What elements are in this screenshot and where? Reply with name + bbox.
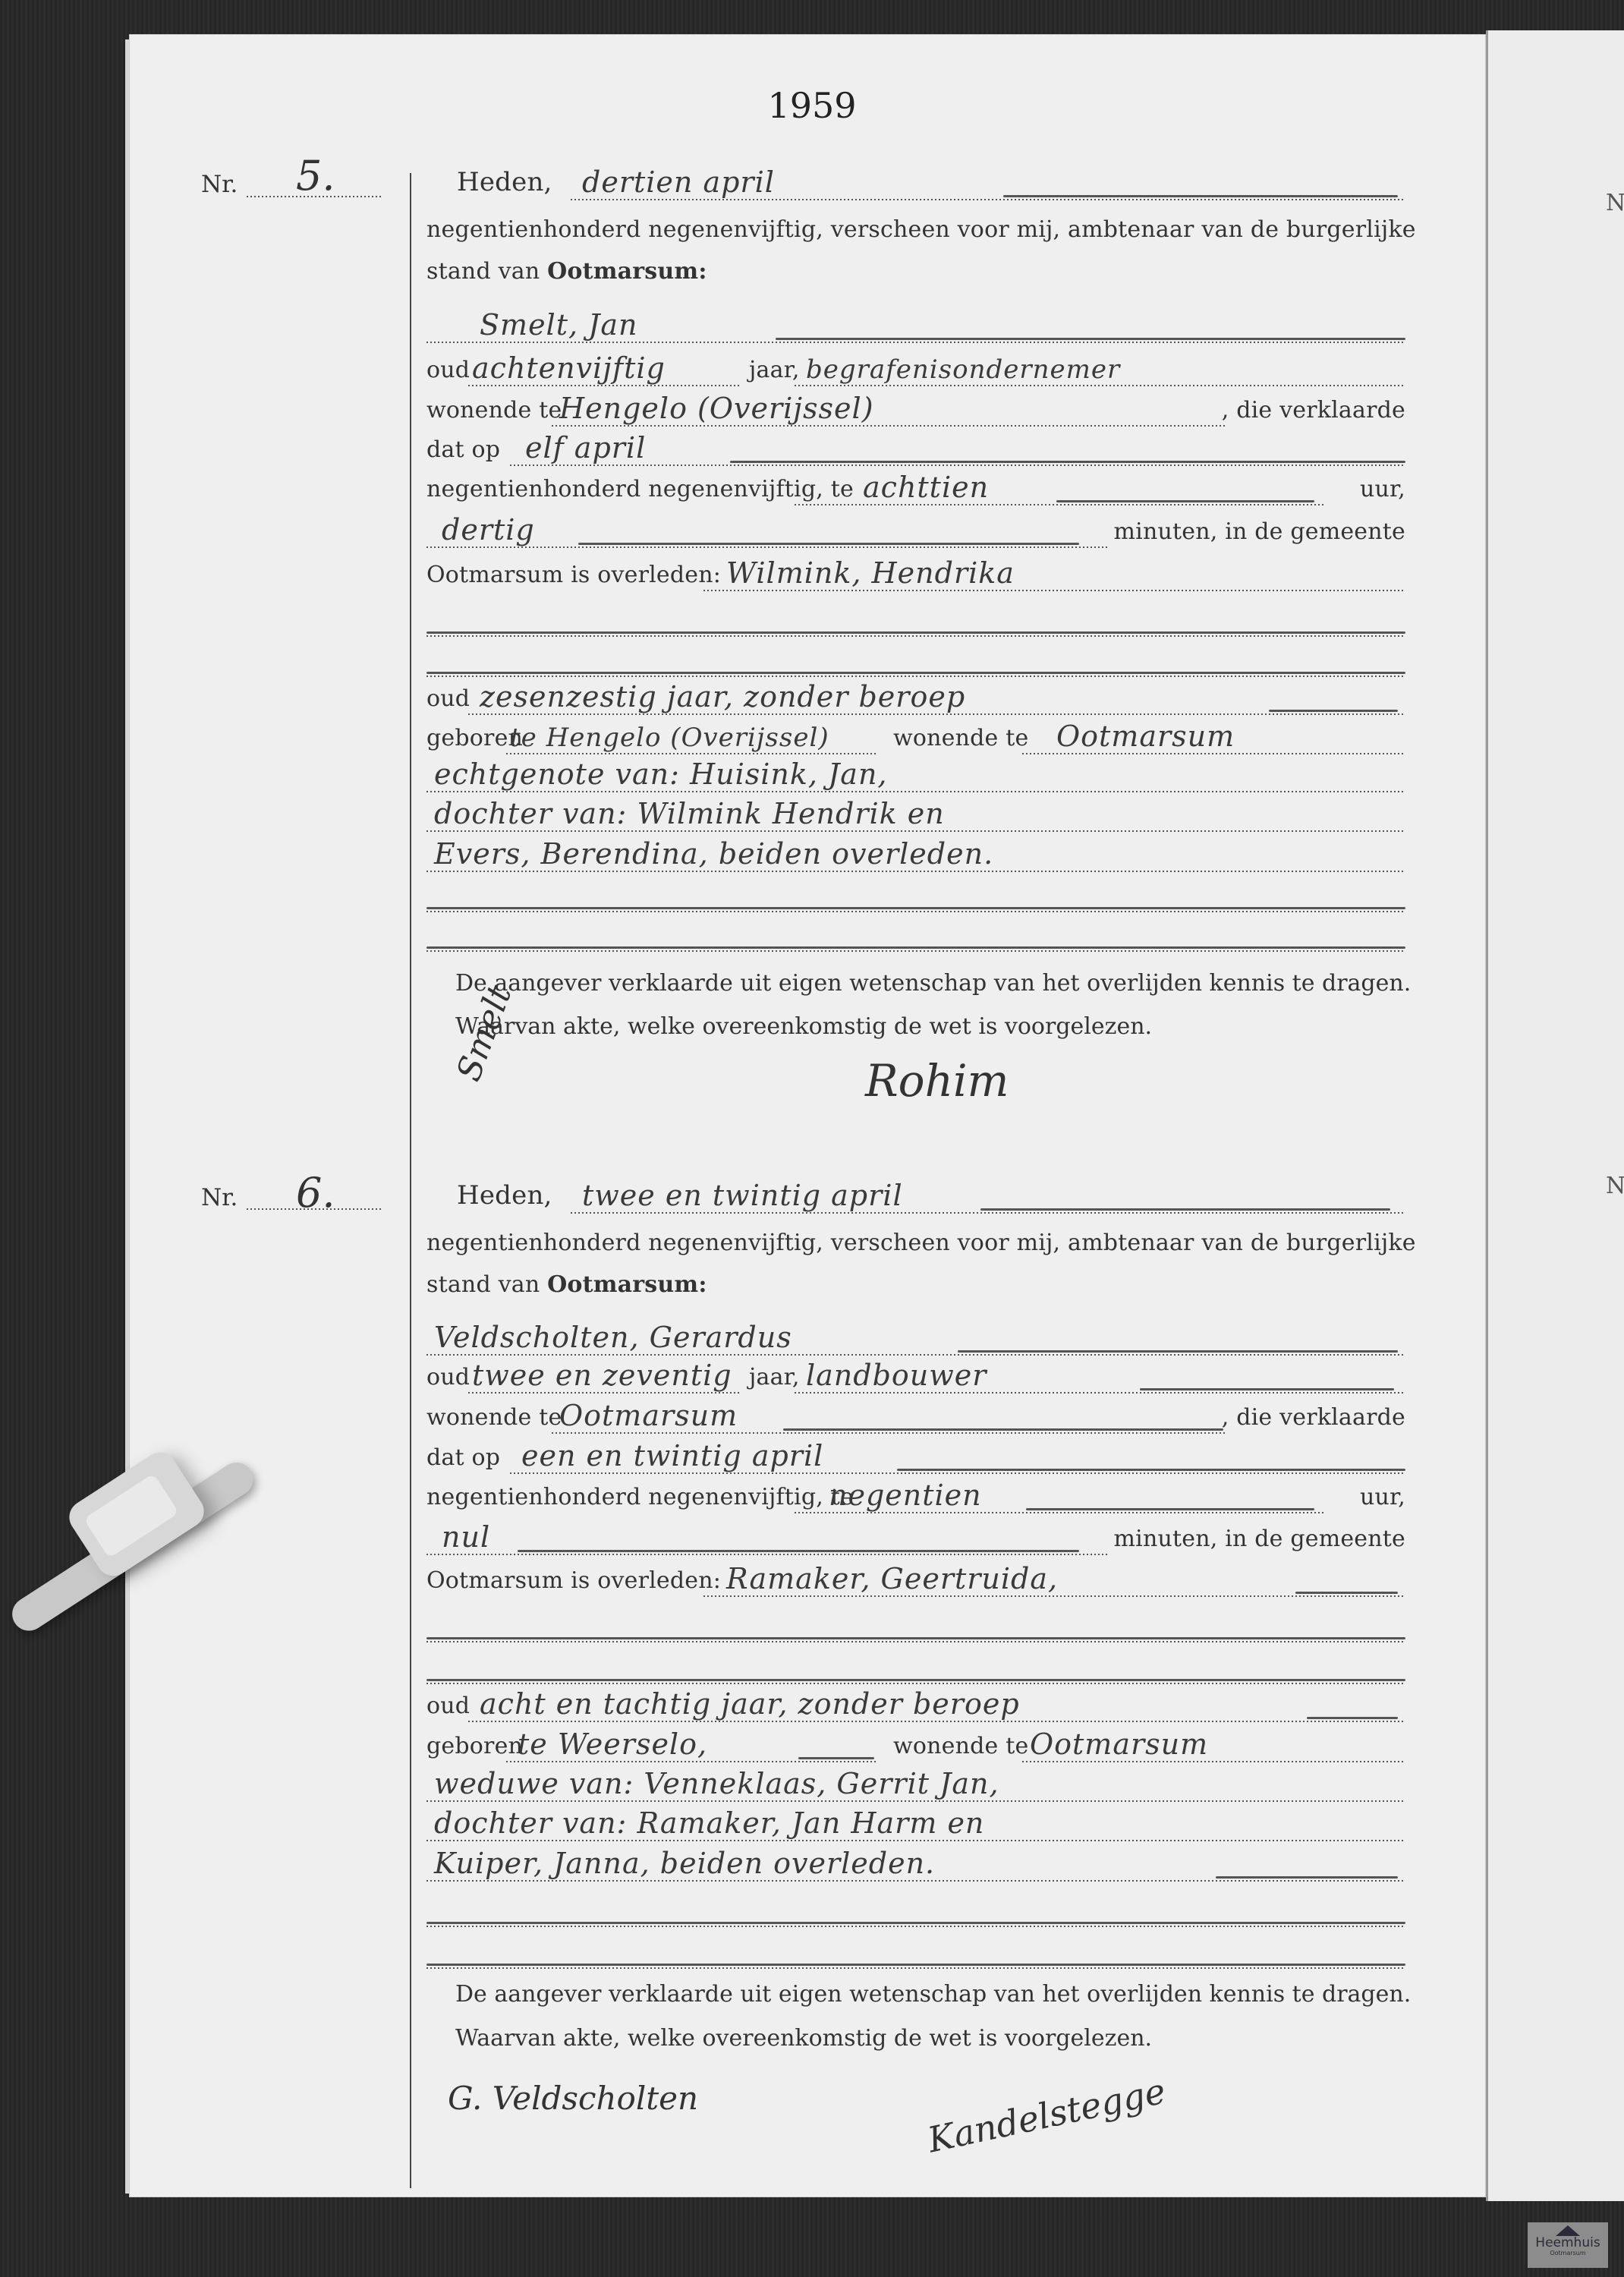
deceased-age-occupation: acht en tachtig jaar, zonder beroep (480, 1687, 1020, 1721)
row-blank (426, 1886, 1405, 1929)
deceased-name: Wilmink, Hendrika (726, 556, 1015, 590)
deceased-residence: Ootmarsum (1030, 1727, 1208, 1761)
declarant-age: twee en zeventig (472, 1359, 732, 1392)
relation-line: Kuiper, Janna, beiden overleden. (434, 1847, 935, 1880)
row-stand: stand van Ootmarsum: (426, 247, 1405, 289)
closing-statement: De aangever verklaarde uit eigen wetensc… (455, 970, 1411, 997)
declarant-occupation: begrafenisondernemer (806, 354, 1120, 385)
row-blank (426, 871, 1405, 914)
row-declarant-name: Smelt, Jan (426, 302, 1405, 345)
death-date: een en twintig april (521, 1439, 823, 1472)
row-blank (426, 636, 1405, 679)
row-declarant-residence: wonende te Ootmarsum , die verklaarde (426, 1393, 1405, 1435)
row-blank (426, 1601, 1405, 1644)
row-heden: Heden, twee en twintig april (426, 1173, 1405, 1215)
margin-rule (410, 173, 411, 2188)
row-relation: dochter van: Wilmink Hendrik en (426, 791, 1405, 833)
row-deceased: Ootmarsum is overleden: Wilmink, Hendrik… (426, 550, 1405, 593)
municipality: Ootmarsum: (547, 258, 707, 285)
facing-page-nr-2: N (1606, 1173, 1624, 1199)
row-appeared: negentienhonderd negenenvijftig, versche… (426, 1218, 1405, 1261)
row-relation: Evers, Berendina, beiden overleden. (426, 831, 1405, 874)
row-relation: Kuiper, Janna, beiden overleden. (426, 1841, 1405, 1883)
row-death-hour: negentienhonderd negenenvijftig, te nege… (426, 1472, 1405, 1515)
row-deceased-age: oud acht en tachtig jaar, zonder beroep (426, 1681, 1405, 1724)
declarant-residence: Hengelo (Overijssel) (559, 392, 874, 425)
row-death-minutes: nul minuten, in de gemeente (426, 1514, 1405, 1557)
declarant-residence: Ootmarsum (559, 1399, 738, 1432)
row-death-hour: negentienhonderd negenenvijftig, te acht… (426, 465, 1405, 507)
relation-line: echtgenote van: Huisink, Jan, (434, 757, 888, 791)
row-relation: echtgenote van: Huisink, Jan, (426, 751, 1405, 794)
declarant-occupation: landbouwer (806, 1359, 987, 1392)
row-deceased: Ootmarsum is overleden: Ramaker, Geertru… (426, 1556, 1405, 1598)
death-hour: negentien (829, 1479, 982, 1512)
relation-line: dochter van: Ramaker, Jan Harm en (434, 1806, 984, 1840)
row-appeared: negentienhonderd negenenvijftig, versche… (426, 205, 1405, 247)
row-heden: Heden, dertien april (426, 159, 1405, 202)
declarant-name: Smelt, Jan (480, 308, 638, 342)
heemhuis-watermark: Heemhuis Ootmarsum (1528, 2222, 1608, 2268)
deceased-name: Ramaker, Geertruida, (726, 1562, 1058, 1595)
declarant-age: achtenvijftig (472, 351, 666, 385)
nr-label: Nr. (201, 171, 238, 198)
record-date: dertien april (582, 165, 775, 199)
row-relation: weduwe van: Venneklaas, Gerrit Jan, (426, 1761, 1405, 1803)
row-declarant-residence: wonende te Hengelo (Overijssel) , die ve… (426, 386, 1405, 428)
closing-read: Waarvan akte, welke overeenkomstig de we… (455, 2025, 1152, 2052)
record-date: twee en twintig april (582, 1179, 903, 1212)
heden-label: Heden, (457, 167, 552, 197)
row-relation: dochter van: Ramaker, Jan Harm en (426, 1800, 1405, 1843)
row-death-minutes: dertig minuten, in de gemeente (426, 507, 1405, 550)
row-declarant-name: Veldscholten, Gerardus (426, 1315, 1405, 1357)
entry-number: 6. (296, 1169, 335, 1217)
deceased-birthplace: te Hengelo (Overijssel) (510, 723, 829, 753)
relation-line: weduwe van: Venneklaas, Gerrit Jan, (434, 1767, 999, 1800)
row-blank (426, 1643, 1405, 1686)
row-declarant-age: oud twee en zeventig jaar, landbouwer (426, 1353, 1405, 1395)
deceased-residence: Ootmarsum (1056, 720, 1235, 753)
row-declarant-age: oud achtenvijftig jaar, begrafenisondern… (426, 345, 1405, 388)
deceased-age-occupation: zesenzestig jaar, zonder beroep (480, 680, 965, 713)
declarant-name: Veldscholten, Gerardus (434, 1321, 792, 1354)
relation-line: dochter van: Wilmink Hendrik en (434, 797, 945, 830)
deceased-birthplace: te Weerselo, (518, 1727, 707, 1761)
municipality: Ootmarsum: (547, 1271, 707, 1298)
death-date: elf april (525, 431, 646, 465)
row-blank (426, 1928, 1405, 1970)
row-deceased-birth: geboren te Weerselo, wonende te Ootmarsu… (426, 1721, 1405, 1764)
death-hour: achttien (863, 471, 989, 504)
facing-page-nr: N (1606, 190, 1624, 216)
facing-page: N N (1486, 30, 1624, 2201)
row-deceased-age: oud zesenzestig jaar, zonder beroep (426, 674, 1405, 716)
row-death-date: dat op elf april (426, 425, 1405, 468)
row-stand: stand van Ootmarsum: (426, 1260, 1405, 1302)
relation-line: Evers, Berendina, beiden overleden. (434, 837, 993, 871)
declarant-signature: G. Veldscholten (448, 2080, 698, 2117)
roof-icon (1556, 2225, 1580, 2236)
nr-label: Nr. (201, 1184, 238, 1211)
death-minutes: dertig (442, 513, 535, 546)
row-blank (426, 596, 1405, 638)
official-signature: Rohim (865, 1055, 1009, 1107)
row-deceased-birth: geboren te Hengelo (Overijssel) wonende … (426, 713, 1405, 756)
entry-number: 5. (296, 152, 335, 200)
row-death-date: dat op een en twintig april (426, 1433, 1405, 1475)
closing-read: Waarvan akte, welke overeenkomstig de we… (455, 1013, 1152, 1040)
page-year: 1959 (0, 85, 1624, 126)
row-blank (426, 911, 1405, 953)
closing-statement: De aangever verklaarde uit eigen wetensc… (455, 1981, 1411, 2008)
death-minutes: nul (442, 1520, 490, 1554)
